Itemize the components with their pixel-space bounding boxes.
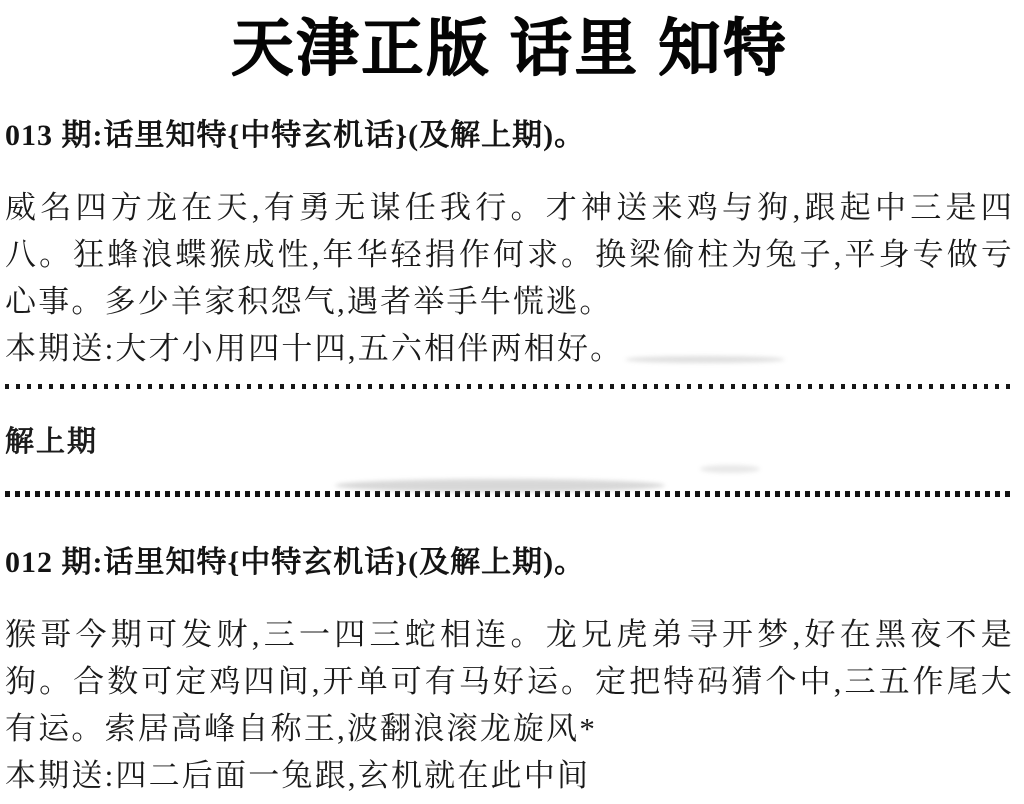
- scanned-document-page: 天津正版 话里 知特 013 期:话里知特{中特玄机话}(及解上期)。 威名四方…: [0, 10, 1024, 799]
- dotted-divider-bottom: [5, 491, 1014, 497]
- dotted-divider-top: [5, 384, 1014, 389]
- previous-issue-label: 解上期: [5, 421, 1014, 463]
- issue-013-heading: 013 期:话里知特{中特玄机话}(及解上期)。: [5, 114, 1014, 158]
- issue-012-gift-line: 本期送:四二后面一兔跟,玄机就在此中间: [5, 752, 1014, 799]
- scan-smudge: [700, 465, 760, 473]
- page-title: 天津正版 话里 知特: [5, 10, 1014, 88]
- issue-013-gift-line: 本期送:大才小用四十四,五六相伴两相好。: [5, 325, 1014, 372]
- issue-012-verse: 猴哥今期可发财,三一四三蛇相连。龙兄虎弟寻开梦,好在黑夜不是狗。合数可定鸡四间,…: [5, 611, 1014, 752]
- issue-013-verse: 威名四方龙在天,有勇无谋任我行。才神送来鸡与狗,跟起中三是四八。狂蜂浪蝶猴成性,…: [5, 184, 1014, 325]
- issue-012-heading: 012 期:话里知特{中特玄机话}(及解上期)。: [5, 541, 1014, 585]
